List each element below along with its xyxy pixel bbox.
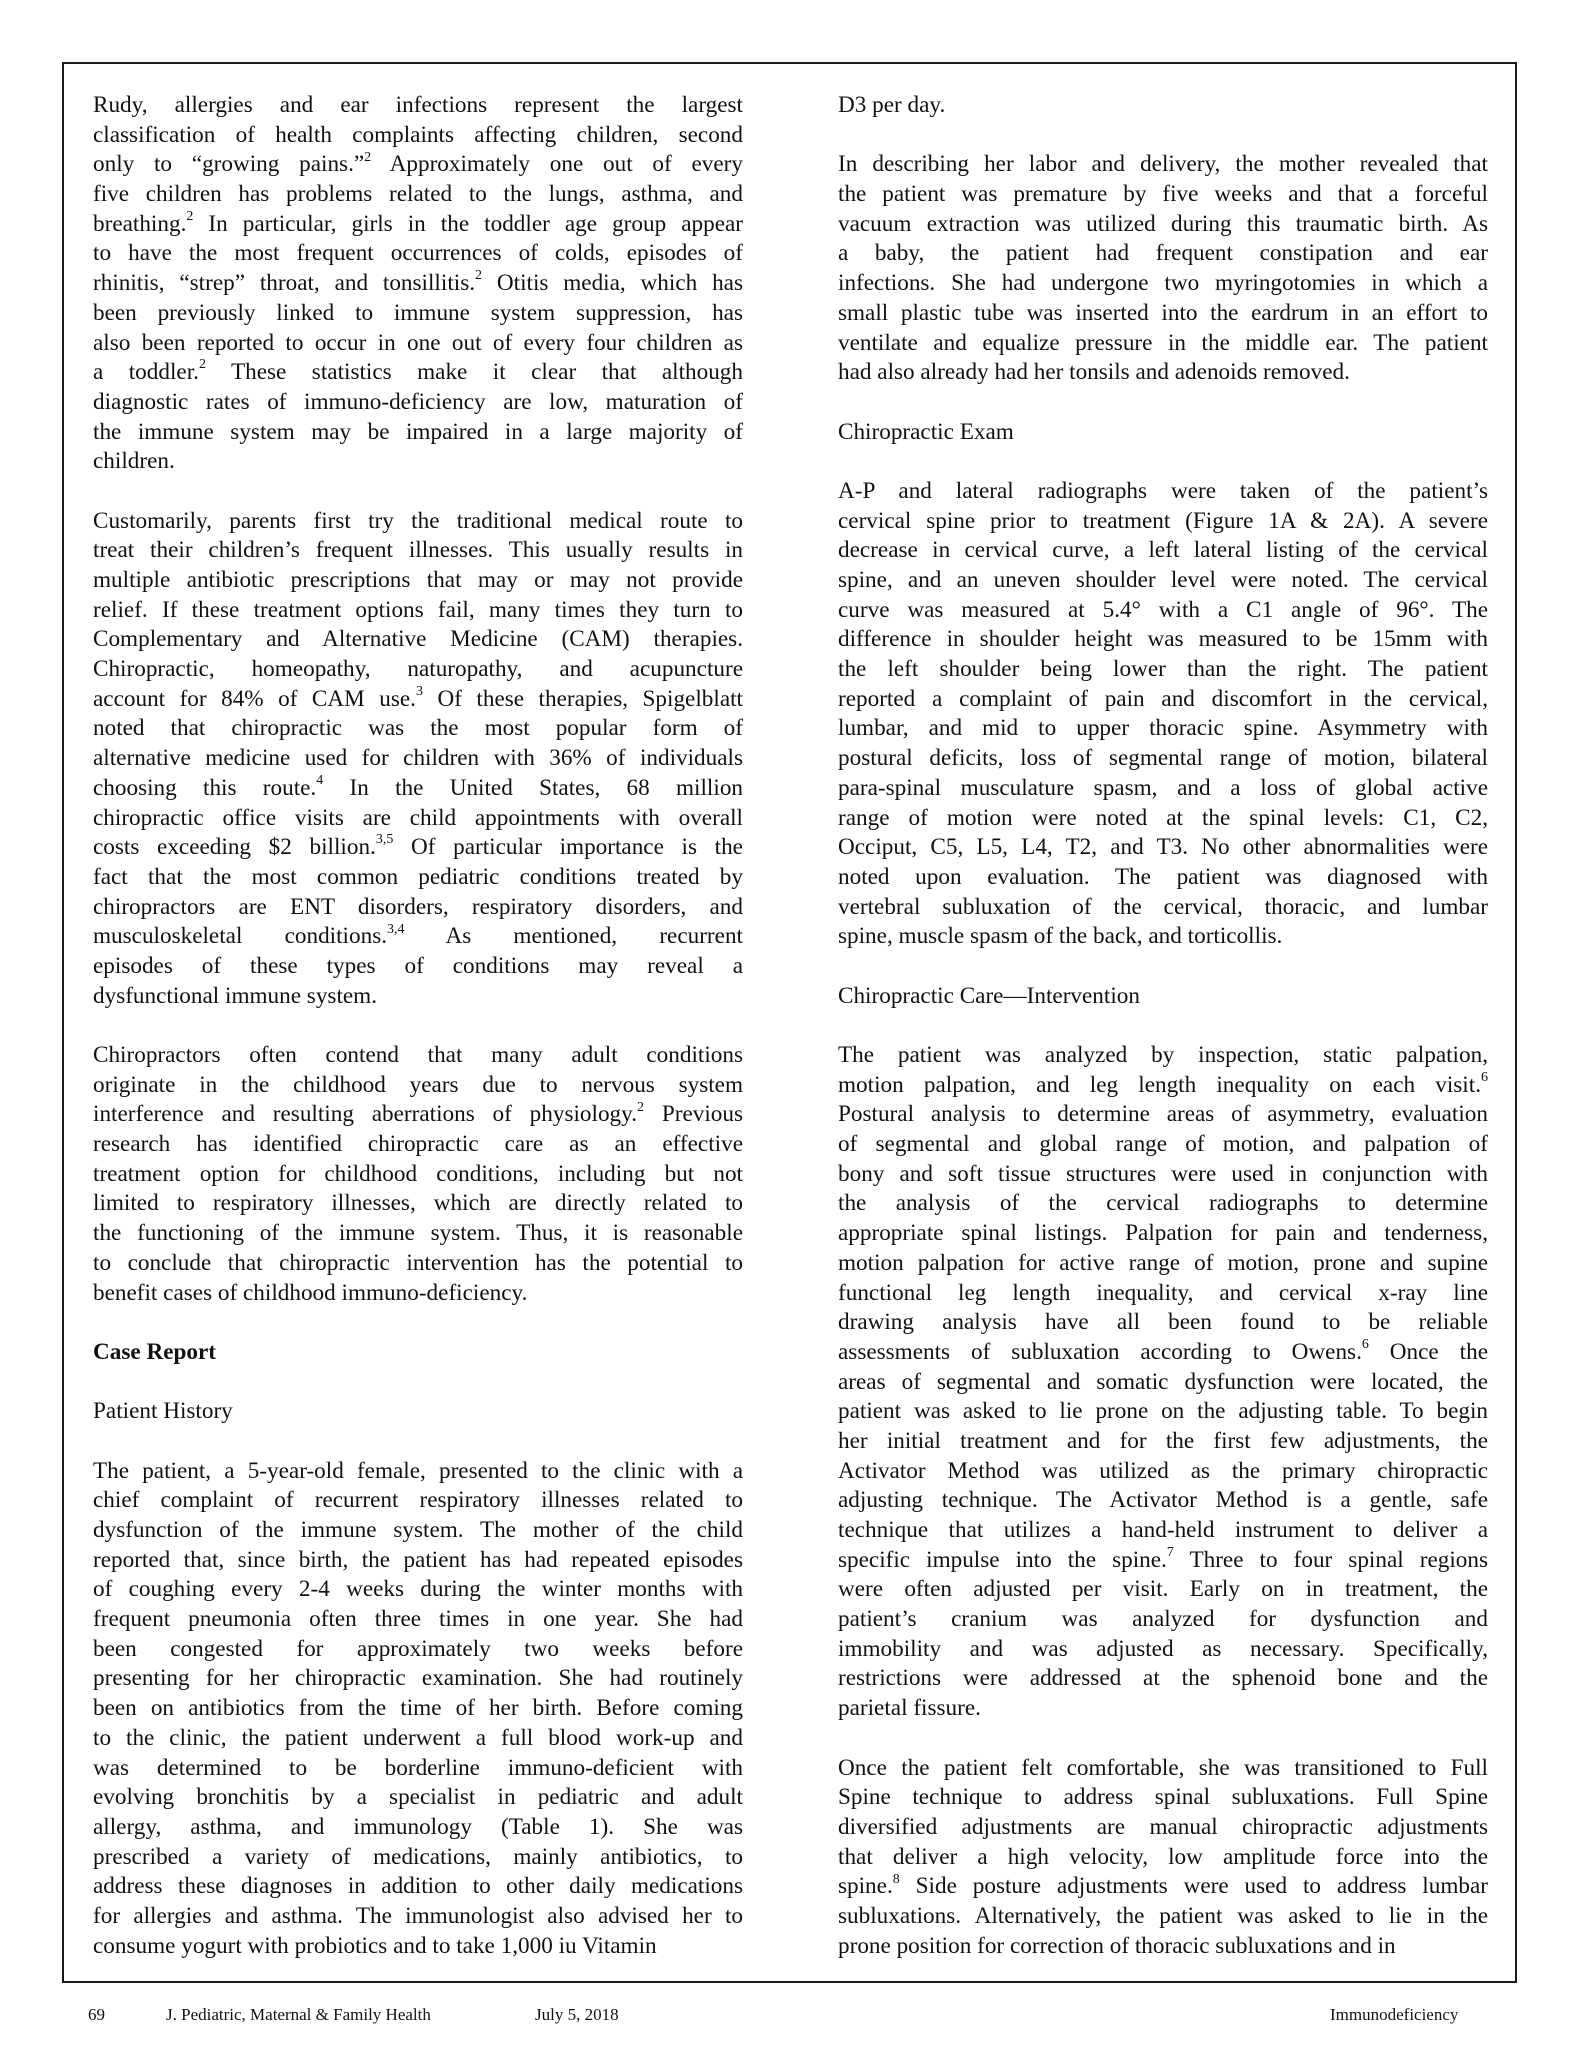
line-text: Chiropractors often contend that many ad… <box>93 1042 743 1068</box>
blank-line <box>93 1427 743 1457</box>
text-line: relief. If these treatment options fail,… <box>93 596 743 626</box>
line-text: The patient was analyzed by inspection, … <box>838 1042 1488 1068</box>
line-text: treatment option for childhood condition… <box>93 1161 743 1187</box>
text-line: chief complaint of recurrent respiratory… <box>93 1486 743 1516</box>
text-line: children. <box>93 447 743 477</box>
text-line: vertebral subluxation of the cervical, t… <box>838 893 1488 923</box>
text-line: motion palpation, and leg length inequal… <box>838 1071 1488 1101</box>
line-text: patient was asked to lie prone on the ad… <box>838 1398 1488 1424</box>
line-text: originate in the childhood years due to … <box>93 1072 743 1098</box>
text-line: decrease in cervical curve, a left later… <box>838 536 1488 566</box>
line-text: was determined to be borderline immuno-d… <box>93 1755 743 1781</box>
text-line: dysfunction of the immune system. The mo… <box>93 1516 743 1546</box>
text-line: costs exceeding $2 billion.3,5 Of partic… <box>93 833 743 863</box>
text-line: Postural analysis to determine areas of … <box>838 1100 1488 1130</box>
text-line: research has identified chiropractic car… <box>93 1130 743 1160</box>
line-text: a baby, the patient had frequent constip… <box>838 240 1488 266</box>
line-text: The patient, a 5-year-old female, presen… <box>93 1458 743 1484</box>
line-text: range of motion were noted at the spinal… <box>838 805 1488 831</box>
citation-superscript: 2 <box>186 209 193 224</box>
text-line: Complementary and Alternative Medicine (… <box>93 625 743 655</box>
text-line: choosing this route.4 In the United Stat… <box>93 774 743 804</box>
text-line: for allergies and asthma. The immunologi… <box>93 1902 743 1932</box>
text-line: assessments of subluxation according to … <box>838 1338 1488 1368</box>
citation-superscript: 4 <box>316 773 323 788</box>
text-line: reported a complaint of pain and discomf… <box>838 685 1488 715</box>
blank-line <box>93 1011 743 1041</box>
line-text: multiple antibiotic prescriptions that m… <box>93 567 743 593</box>
text-line: vacuum extraction was utilized during th… <box>838 210 1488 240</box>
line-text: also been reported to occur in one out o… <box>93 330 743 356</box>
line-text: research has identified chiropractic car… <box>93 1131 743 1157</box>
text-line: her initial treatment and for the first … <box>838 1427 1488 1457</box>
text-line: areas of segmental and somatic dysfuncti… <box>838 1368 1488 1398</box>
text-line: episodes of these types of conditions ma… <box>93 952 743 982</box>
line-text: the left shoulder being lower than the r… <box>838 656 1488 682</box>
line-text: cervical spine prior to treatment (Figur… <box>838 508 1488 534</box>
citation-superscript: 2 <box>364 150 371 165</box>
text-line: drawing analysis have all been found to … <box>838 1308 1488 1338</box>
text-line: a baby, the patient had frequent constip… <box>838 239 1488 269</box>
line-text: choosing this route. <box>93 775 316 801</box>
text-line: interference and resulting aberrations o… <box>93 1100 743 1130</box>
blank-line <box>838 952 1488 982</box>
text-line: spine, muscle spasm of the back, and tor… <box>838 922 1488 952</box>
line-text: relief. If these treatment options fail,… <box>93 597 743 623</box>
text-line: a toddler.2 These statistics make it cle… <box>93 358 743 388</box>
line-text: Complementary and Alternative Medicine (… <box>93 626 743 652</box>
text-line: appropriate spinal listings. Palpation f… <box>838 1219 1488 1249</box>
line-text: the patient was premature by five weeks … <box>838 181 1488 207</box>
text-line: account for 84% of CAM use.3 Of these th… <box>93 685 743 715</box>
line-text: allergy, asthma, and immunology (Table 1… <box>93 1814 743 1840</box>
line-text: D3 per day. <box>838 92 945 118</box>
line-text-continued: In the United States, 68 million <box>323 775 743 801</box>
line-text: ventilate and equalize pressure in the m… <box>838 330 1488 356</box>
citation-superscript: 3,4 <box>387 922 405 937</box>
line-text: Spine technique to address spinal sublux… <box>838 1784 1488 1810</box>
line-text: presenting for her chiropractic examinat… <box>93 1665 743 1691</box>
line-text: alternative medicine used for children w… <box>93 745 743 771</box>
text-line: been on antibiotics from the time of her… <box>93 1694 743 1724</box>
line-text-continued: Of these therapies, Spigelblatt <box>423 686 743 712</box>
line-text: para-spinal musculature spasm, and a los… <box>838 775 1488 801</box>
citation-superscript: 6 <box>1481 1070 1488 1085</box>
line-text: Chiropractic, homeopathy, naturopathy, a… <box>93 656 743 682</box>
line-text: for allergies and asthma. The immunologi… <box>93 1903 743 1929</box>
line-text: prescribed a variety of medications, mai… <box>93 1844 743 1870</box>
line-text: lumbar, and mid to upper thoracic spine.… <box>838 715 1488 741</box>
line-text: the functioning of the immune system. Th… <box>93 1220 743 1246</box>
line-text: been previously linked to immune system … <box>93 300 743 326</box>
line-text: rhinitis, “strep” throat, and tonsilliti… <box>93 270 475 296</box>
citation-superscript: 8 <box>893 1872 900 1887</box>
text-line: adjusting technique. The Activator Metho… <box>838 1486 1488 1516</box>
text-line: In describing her labor and delivery, th… <box>838 150 1488 180</box>
line-text: been congested for approximately two wee… <box>93 1636 743 1662</box>
text-line: evolving bronchitis by a specialist in p… <box>93 1783 743 1813</box>
line-text: account for 84% of CAM use. <box>93 686 416 712</box>
text-line: chiropractors are ENT disorders, respira… <box>93 893 743 923</box>
line-text-continued: Approximately one out of every <box>371 151 743 177</box>
blank-line <box>838 1011 1488 1041</box>
line-text: restrictions were addressed at the sphen… <box>838 1665 1488 1691</box>
line-text: consume yogurt with probiotics and to ta… <box>93 1933 657 1959</box>
text-line: limited to respiratory illnesses, which … <box>93 1189 743 1219</box>
line-text: five children has problems related to th… <box>93 181 743 207</box>
line-text: the analysis of the cervical radiographs… <box>838 1190 1488 1216</box>
line-text: Rudy, allergies and ear infections repre… <box>93 92 743 118</box>
text-line: functional leg length inequality, and ce… <box>838 1279 1488 1309</box>
text-line: subluxations. Alternatively, the patient… <box>838 1902 1488 1932</box>
line-text: postural deficits, loss of segmental ran… <box>838 745 1488 771</box>
text-line: immobility and was adjusted as necessary… <box>838 1635 1488 1665</box>
line-text: spine, muscle spasm of the back, and tor… <box>838 923 1282 949</box>
text-line: also been reported to occur in one out o… <box>93 329 743 359</box>
text-line: of coughing every 2-4 weeks during the w… <box>93 1575 743 1605</box>
line-text-continued: Of particular importance is the <box>393 834 743 860</box>
text-line: noted upon evaluation. The patient was d… <box>838 863 1488 893</box>
left-column: Rudy, allergies and ear infections repre… <box>93 91 743 1961</box>
text-line: parietal fissure. <box>838 1694 1488 1724</box>
text-line: Once the patient felt comfortable, she w… <box>838 1754 1488 1784</box>
page-number: 69 <box>88 2004 105 2026</box>
text-line: presenting for her chiropractic examinat… <box>93 1664 743 1694</box>
text-line: spine, and an uneven shoulder level were… <box>838 566 1488 596</box>
line-text: In describing her labor and delivery, th… <box>838 151 1488 177</box>
line-text: A-P and lateral radiographs were taken o… <box>838 478 1488 504</box>
text-line: technique that utilizes a hand-held inst… <box>838 1516 1488 1546</box>
text-line: diagnostic rates of immuno-deficiency ar… <box>93 388 743 418</box>
line-text: technique that utilizes a hand-held inst… <box>838 1517 1488 1543</box>
line-text: reported that, since birth, the patient … <box>93 1547 743 1573</box>
text-line: patient was asked to lie prone on the ad… <box>838 1397 1488 1427</box>
line-text: were often adjusted per visit. Early on … <box>838 1576 1488 1602</box>
line-text: to conclude that chiropractic interventi… <box>93 1250 743 1276</box>
text-line: cervical spine prior to treatment (Figur… <box>838 507 1488 537</box>
line-text: classification of health complaints affe… <box>93 122 743 148</box>
text-line: difference in shoulder height was measur… <box>838 625 1488 655</box>
blank-line <box>838 447 1488 477</box>
text-line: bony and soft tissue structures were use… <box>838 1160 1488 1190</box>
text-line: Rudy, allergies and ear infections repre… <box>93 91 743 121</box>
blank-line <box>93 1308 743 1338</box>
text-line: to the clinic, the patient underwent a f… <box>93 1724 743 1754</box>
line-text: benefit cases of childhood immuno-defici… <box>93 1280 527 1306</box>
line-text: breathing. <box>93 211 186 237</box>
subsection-heading: Chiropractic Exam <box>838 418 1488 448</box>
line-text-continued: As mentioned, recurrent <box>405 923 743 949</box>
citation-superscript: 3,5 <box>376 832 394 847</box>
text-line: the patient was premature by five weeks … <box>838 180 1488 210</box>
line-text: the immune system may be impaired in a l… <box>93 419 743 445</box>
line-text: Chiropractic Care—Intervention <box>838 983 1140 1009</box>
text-line: infections. She had undergone two myring… <box>838 269 1488 299</box>
line-text: vacuum extraction was utilized during th… <box>838 211 1488 237</box>
line-text: adjusting technique. The Activator Metho… <box>838 1487 1488 1513</box>
text-line: were often adjusted per visit. Early on … <box>838 1575 1488 1605</box>
citation-superscript: 2 <box>637 1100 644 1115</box>
text-line: A-P and lateral radiographs were taken o… <box>838 477 1488 507</box>
line-text: diagnostic rates of immuno-deficiency ar… <box>93 389 743 415</box>
text-line: originate in the childhood years due to … <box>93 1071 743 1101</box>
text-line: the left shoulder being lower than the r… <box>838 655 1488 685</box>
line-text: spine, and an uneven shoulder level were… <box>838 567 1488 593</box>
line-text: to have the most frequent occurrences of… <box>93 240 743 266</box>
line-text: infections. She had undergone two myring… <box>838 270 1488 296</box>
text-line: diversified adjustments are manual chiro… <box>838 1813 1488 1843</box>
line-text: Once the patient felt comfortable, she w… <box>838 1755 1488 1781</box>
text-line: address these diagnoses in addition to o… <box>93 1872 743 1902</box>
text-line: dysfunctional immune system. <box>93 982 743 1012</box>
text-line: Chiropractors often contend that many ad… <box>93 1041 743 1071</box>
citation-superscript: 6 <box>1362 1337 1369 1352</box>
journal-name: J. Pediatric, Maternal & Family Health <box>166 2004 431 2026</box>
line-text: functional leg length inequality, and ce… <box>838 1280 1488 1306</box>
text-line: The patient was analyzed by inspection, … <box>838 1041 1488 1071</box>
line-text: limited to respiratory illnesses, which … <box>93 1190 743 1216</box>
text-line: chiropractic office visits are child app… <box>93 804 743 834</box>
text-line: frequent pneumonia often three times in … <box>93 1605 743 1635</box>
line-text: Case Report <box>93 1339 216 1365</box>
text-line: consume yogurt with probiotics and to ta… <box>93 1932 743 1962</box>
line-text: reported a complaint of pain and discomf… <box>838 686 1488 712</box>
line-text: frequent pneumonia often three times in … <box>93 1606 743 1632</box>
line-text: drawing analysis have all been found to … <box>838 1309 1488 1335</box>
line-text: Patient History <box>93 1398 233 1424</box>
line-text: motion palpation for active range of mot… <box>838 1250 1488 1276</box>
line-text: chiropractic office visits are child app… <box>93 805 743 831</box>
line-text: diversified adjustments are manual chiro… <box>838 1814 1488 1840</box>
line-text: been on antibiotics from the time of her… <box>93 1695 743 1721</box>
line-text-continued: These statistics make it clear that alth… <box>206 359 743 385</box>
text-line: noted that chiropractic was the most pop… <box>93 714 743 744</box>
citation-superscript: 3 <box>416 684 423 699</box>
text-line: five children has problems related to th… <box>93 180 743 210</box>
line-text-continued: Side posture adjustments were used to ad… <box>900 1873 1488 1899</box>
citation-superscript: 7 <box>1167 1545 1174 1560</box>
line-text-continued: In particular, girls in the toddler age … <box>193 211 743 237</box>
text-line: lumbar, and mid to upper thoracic spine.… <box>838 714 1488 744</box>
text-line: breathing.2 In particular, girls in the … <box>93 210 743 240</box>
line-text: to the clinic, the patient underwent a f… <box>93 1725 743 1751</box>
text-line: the immune system may be impaired in a l… <box>93 418 743 448</box>
text-line: specific impulse into the spine.7 Three … <box>838 1546 1488 1576</box>
text-line: range of motion were noted at the spinal… <box>838 804 1488 834</box>
line-text: noted upon evaluation. The patient was d… <box>838 864 1488 890</box>
line-text: noted that chiropractic was the most pop… <box>93 715 743 741</box>
text-line: prone position for correction of thoraci… <box>838 1932 1488 1962</box>
text-line: rhinitis, “strep” throat, and tonsilliti… <box>93 269 743 299</box>
subsection-heading: Chiropractic Care—Intervention <box>838 982 1488 1012</box>
blank-line <box>838 121 1488 151</box>
blank-line <box>838 1724 1488 1754</box>
text-line: postural deficits, loss of segmental ran… <box>838 744 1488 774</box>
line-text: had also already had her tonsils and ade… <box>838 359 1350 385</box>
line-text: subluxations. Alternatively, the patient… <box>838 1903 1488 1929</box>
text-line: Customarily, parents first try the tradi… <box>93 507 743 537</box>
line-text: musculoskeletal conditions. <box>93 923 387 949</box>
line-text: of coughing every 2-4 weeks during the w… <box>93 1576 743 1602</box>
line-text: chiropractors are ENT disorders, respira… <box>93 894 743 920</box>
text-line: alternative medicine used for children w… <box>93 744 743 774</box>
text-line: Activator Method was utilized as the pri… <box>838 1457 1488 1487</box>
line-text: interference and resulting aberrations o… <box>93 1101 637 1127</box>
text-line: was determined to be borderline immuno-d… <box>93 1754 743 1784</box>
text-line: had also already had her tonsils and ade… <box>838 358 1488 388</box>
line-text: vertebral subluxation of the cervical, t… <box>838 894 1488 920</box>
line-text: episodes of these types of conditions ma… <box>93 953 743 979</box>
text-line: treatment option for childhood condition… <box>93 1160 743 1190</box>
line-text: her initial treatment and for the first … <box>838 1428 1488 1454</box>
line-text: spine. <box>838 1873 893 1899</box>
text-line: allergy, asthma, and immunology (Table 1… <box>93 1813 743 1843</box>
line-text: bony and soft tissue structures were use… <box>838 1161 1488 1187</box>
line-text: patient’s cranium was analyzed for dysfu… <box>838 1606 1488 1632</box>
line-text: parietal fissure. <box>838 1695 981 1721</box>
section-heading: Case Report <box>93 1338 743 1368</box>
text-line: Chiropractic, homeopathy, naturopathy, a… <box>93 655 743 685</box>
text-line: fact that the most common pediatric cond… <box>93 863 743 893</box>
line-text: dysfunctional immune system. <box>93 983 377 1009</box>
blank-line <box>93 477 743 507</box>
text-line: Spine technique to address spinal sublux… <box>838 1783 1488 1813</box>
text-line: patient’s cranium was analyzed for dysfu… <box>838 1605 1488 1635</box>
text-line: treat their children’s frequent illnesse… <box>93 536 743 566</box>
line-text: assessments of subluxation according to … <box>838 1339 1362 1365</box>
text-line: The patient, a 5-year-old female, presen… <box>93 1457 743 1487</box>
text-line: of segmental and global range of motion,… <box>838 1130 1488 1160</box>
line-text: that deliver a high velocity, low amplit… <box>838 1844 1488 1870</box>
line-text: treat their children’s frequent illnesse… <box>93 537 743 563</box>
text-line: to conclude that chiropractic interventi… <box>93 1249 743 1279</box>
text-line: benefit cases of childhood immuno-defici… <box>93 1279 743 1309</box>
line-text: prone position for correction of thoraci… <box>838 1933 1396 1959</box>
line-text: curve was measured at 5.4° with a C1 ang… <box>838 597 1488 623</box>
text-line: that deliver a high velocity, low amplit… <box>838 1843 1488 1873</box>
publication-date: July 5, 2018 <box>535 2004 619 2026</box>
line-text: dysfunction of the immune system. The mo… <box>93 1517 743 1543</box>
text-line: classification of health complaints affe… <box>93 121 743 151</box>
line-text-continued: Previous <box>644 1101 743 1127</box>
line-text: specific impulse into the spine. <box>838 1547 1167 1573</box>
text-line: prescribed a variety of medications, mai… <box>93 1843 743 1873</box>
running-title: Immunodeficiency <box>1330 2004 1458 2026</box>
text-line: multiple antibiotic prescriptions that m… <box>93 566 743 596</box>
text-line: para-spinal musculature spasm, and a los… <box>838 774 1488 804</box>
line-text-continued: Three to four spinal regions <box>1174 1547 1488 1573</box>
blank-line <box>838 388 1488 418</box>
text-line: the analysis of the cervical radiographs… <box>838 1189 1488 1219</box>
line-text: costs exceeding $2 billion. <box>93 834 376 860</box>
line-text-continued: Once the <box>1369 1339 1488 1365</box>
line-text: motion palpation, and leg length inequal… <box>838 1072 1481 1098</box>
text-line: been congested for approximately two wee… <box>93 1635 743 1665</box>
text-line: curve was measured at 5.4° with a C1 ang… <box>838 596 1488 626</box>
line-text: appropriate spinal listings. Palpation f… <box>838 1220 1488 1246</box>
text-line: musculoskeletal conditions.3,4 As mentio… <box>93 922 743 952</box>
text-line: to have the most frequent occurrences of… <box>93 239 743 269</box>
text-line: ventilate and equalize pressure in the m… <box>838 329 1488 359</box>
line-text: Chiropractic Exam <box>838 419 1014 445</box>
blank-line <box>93 1368 743 1398</box>
text-line: D3 per day. <box>838 91 1488 121</box>
line-text: small plastic tube was inserted into the… <box>838 300 1488 326</box>
text-line: only to “growing pains.”2 Approximately … <box>93 150 743 180</box>
line-text: fact that the most common pediatric cond… <box>93 864 743 890</box>
line-text: areas of segmental and somatic dysfuncti… <box>838 1369 1488 1395</box>
text-line: spine.8 Side posture adjustments were us… <box>838 1872 1488 1902</box>
line-text: chief complaint of recurrent respiratory… <box>93 1487 743 1513</box>
text-line: small plastic tube was inserted into the… <box>838 299 1488 329</box>
line-text: address these diagnoses in addition to o… <box>93 1873 743 1899</box>
text-line: restrictions were addressed at the sphen… <box>838 1664 1488 1694</box>
citation-superscript: 2 <box>475 268 482 283</box>
line-text: evolving bronchitis by a specialist in p… <box>93 1784 743 1810</box>
text-line: the functioning of the immune system. Th… <box>93 1219 743 1249</box>
right-column: D3 per day. In describing her labor and … <box>838 91 1488 1961</box>
line-text: difference in shoulder height was measur… <box>838 626 1488 652</box>
text-line: Occiput, C5, L5, L4, T2, and T3. No othe… <box>838 833 1488 863</box>
line-text: Postural analysis to determine areas of … <box>838 1101 1488 1127</box>
line-text-continued: Otitis media, which has <box>482 270 743 296</box>
line-text: Customarily, parents first try the tradi… <box>93 508 743 534</box>
line-text: Activator Method was utilized as the pri… <box>838 1458 1488 1484</box>
line-text: Occiput, C5, L5, L4, T2, and T3. No othe… <box>838 834 1488 860</box>
line-text: of segmental and global range of motion,… <box>838 1131 1488 1157</box>
text-line: motion palpation for active range of mot… <box>838 1249 1488 1279</box>
line-text: immobility and was adjusted as necessary… <box>838 1636 1488 1662</box>
text-line: reported that, since birth, the patient … <box>93 1546 743 1576</box>
citation-superscript: 2 <box>199 357 206 372</box>
line-text: decrease in cervical curve, a left later… <box>838 537 1488 563</box>
text-line: been previously linked to immune system … <box>93 299 743 329</box>
line-text: children. <box>93 448 175 474</box>
line-text: only to “growing pains.” <box>93 151 364 177</box>
subsection-heading: Patient History <box>93 1397 743 1427</box>
line-text: a toddler. <box>93 359 199 385</box>
